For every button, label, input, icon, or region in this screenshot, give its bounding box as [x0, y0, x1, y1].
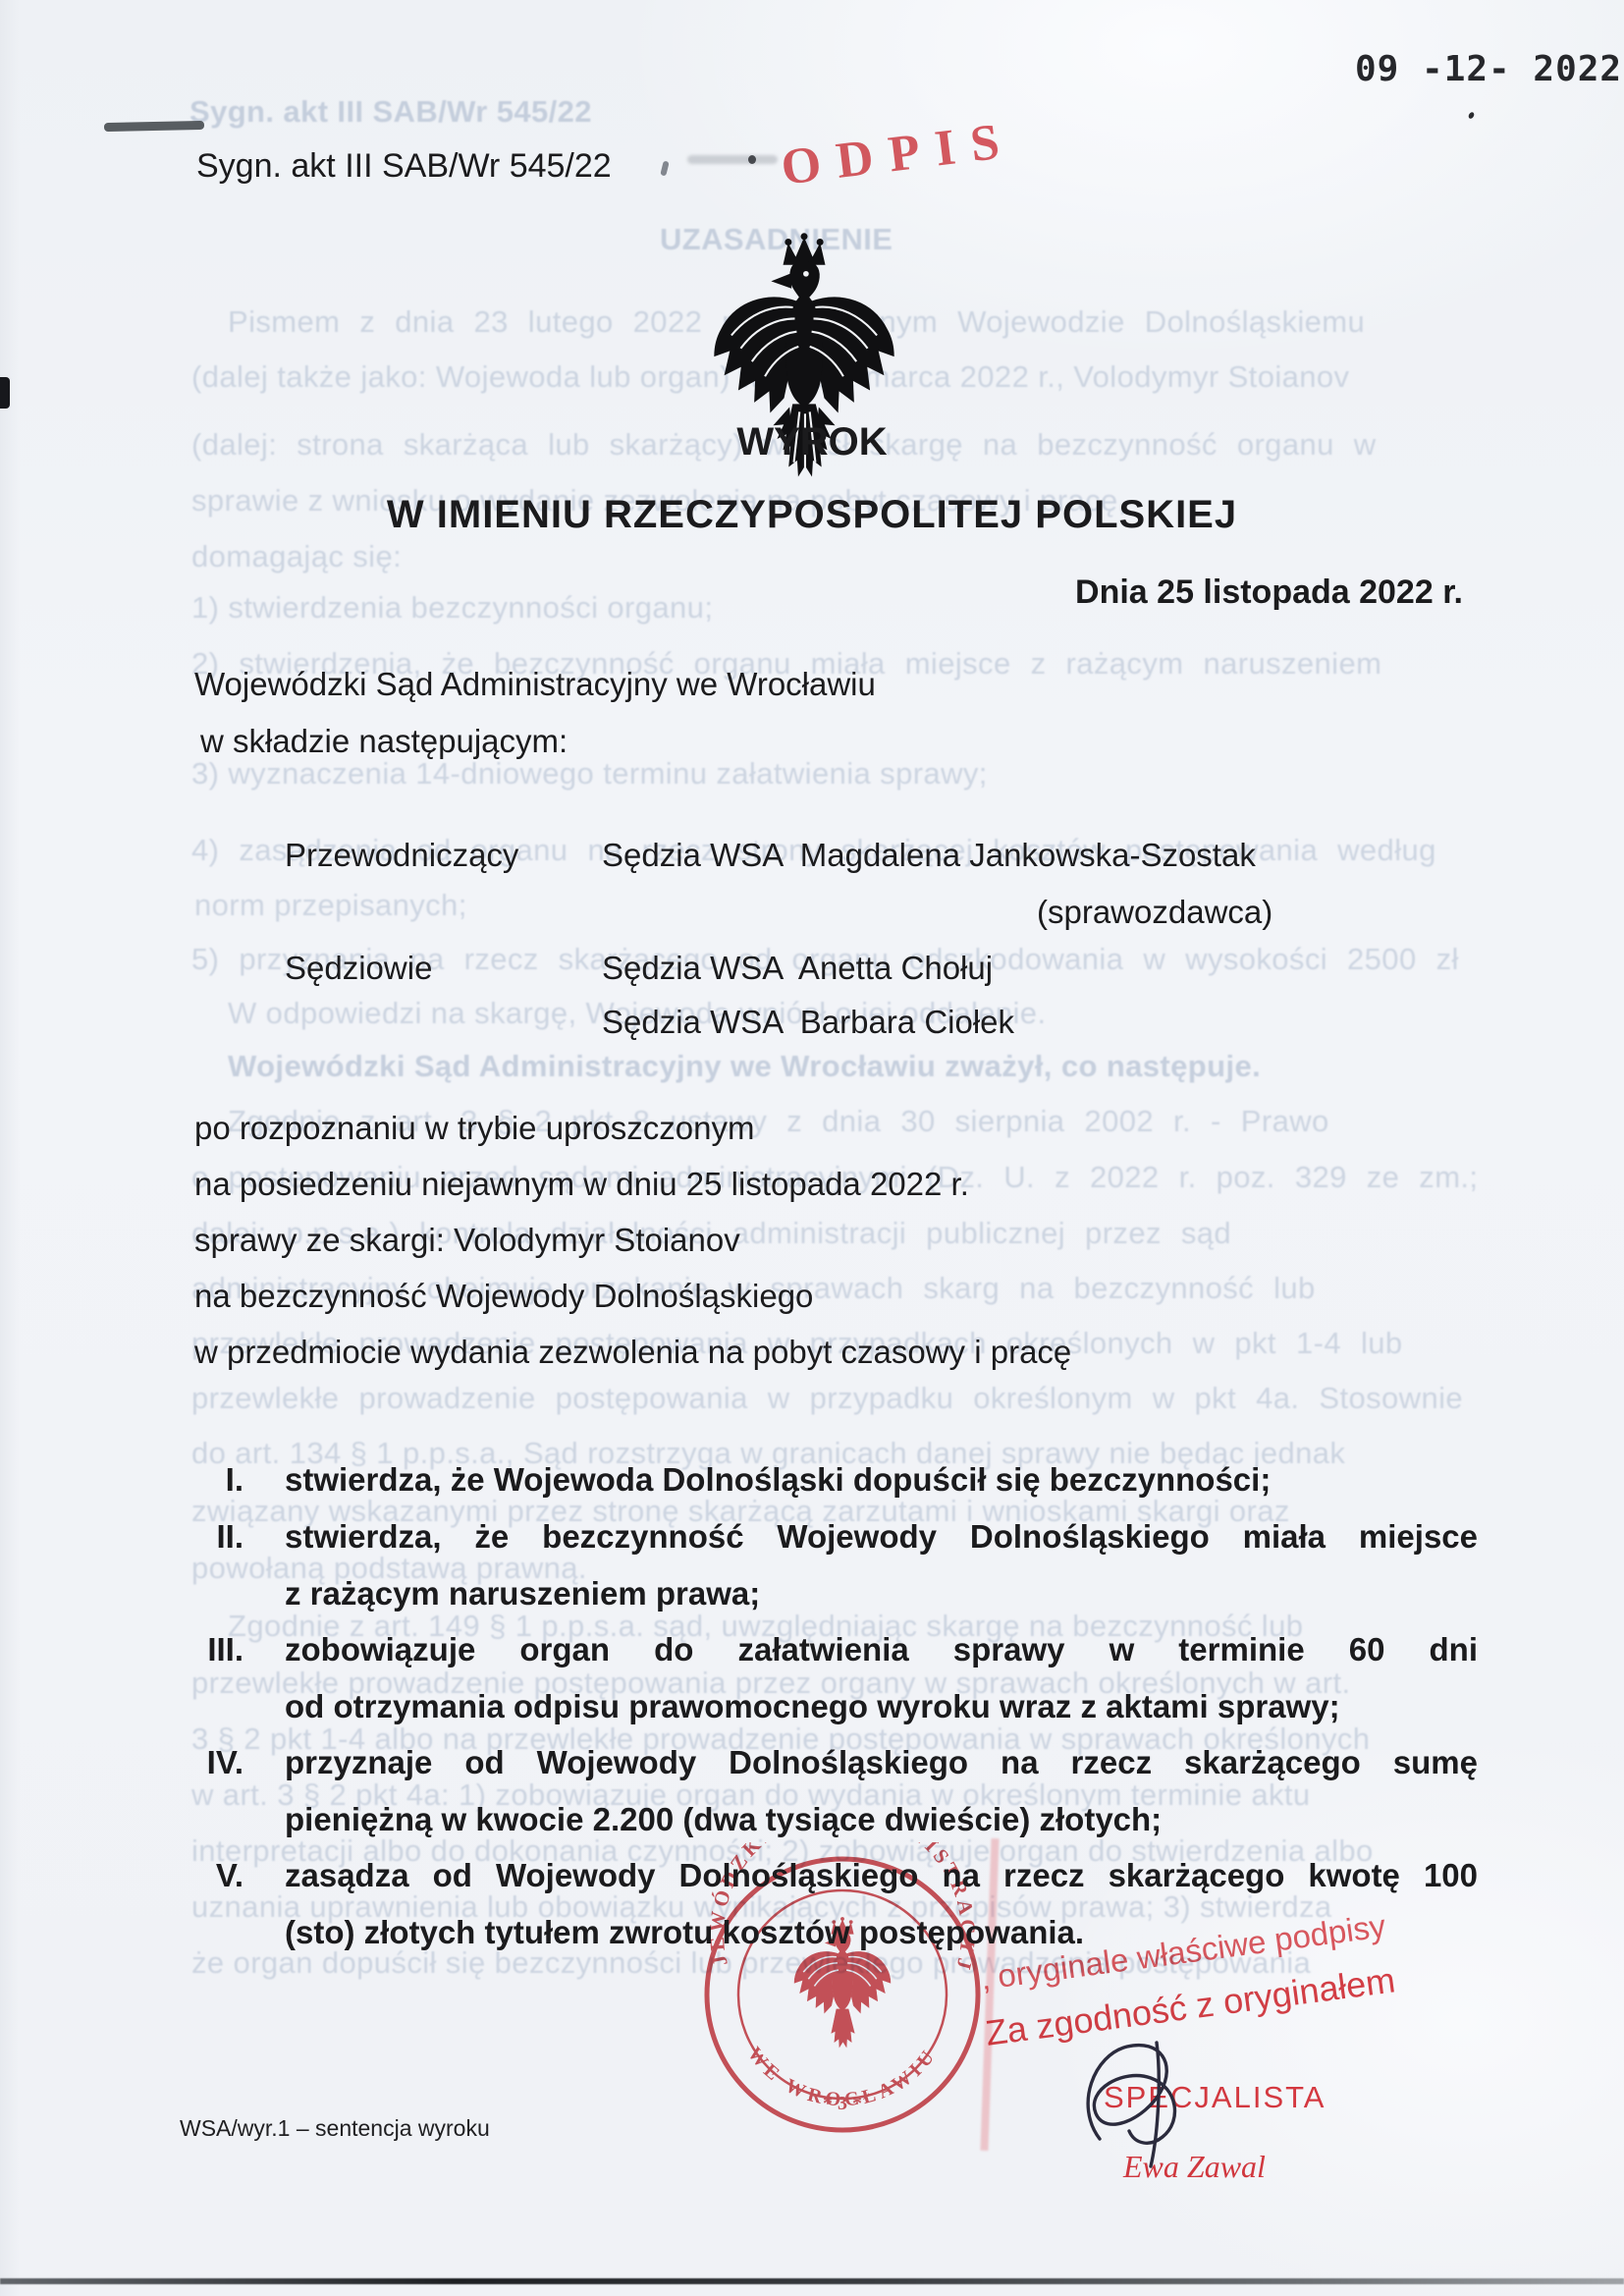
case-line: na posiedzeniu niejawnym w dniu 25 listo…	[194, 1166, 969, 1203]
document-page: Sygn. akt III SAB/Wr 545/22 UZASADNIENIE…	[0, 0, 1624, 2296]
seal-ring-mark: * 3 *	[823, 2093, 862, 2114]
ruling-line: (sto) złotych tytułem zwrotu kosztów pos…	[285, 1904, 1478, 1961]
presiding-label: Przewodniczący	[285, 837, 518, 874]
presiding-judge: Sędzia WSA Magdalena Jankowska-Szostak	[602, 837, 1256, 874]
ghost-line: 1) stwierdzenia bezczynności organu;	[191, 590, 713, 626]
ruling-line: zobowiązuje organ do załatwienia sprawy …	[285, 1621, 1478, 1678]
case-line: sprawy ze skargi: Volodymyr Stoianov	[194, 1222, 740, 1259]
ruling-numeral: V.	[189, 1847, 244, 1904]
footer-note: WSA/wyr.1 – sentencja wyroku	[180, 2115, 490, 2142]
ruling-item-4: IV. przyznaje od Wojewody Dolnośląskiego…	[189, 1734, 1478, 1847]
staple-mark	[104, 121, 204, 132]
judges-label: Sędziowie	[285, 950, 432, 987]
judgment-title: WYROK	[0, 420, 1624, 465]
ruling-line: stwierdza, że bezczynność Wojewody Dolno…	[285, 1508, 1478, 1565]
ruling-numeral: II.	[189, 1508, 244, 1565]
received-date-stamp: 09 -12- 2022	[1355, 49, 1622, 89]
ruling-item-5: V. zasądza od Wojewody Dolnośląskiego na…	[189, 1847, 1478, 1960]
pen-mark	[660, 160, 669, 176]
case-number: Sygn. akt III SAB/Wr 545/22	[196, 147, 612, 186]
ruling-line: od otrzymania odpisu prawomocnego wyroku…	[285, 1678, 1478, 1735]
eagle-beak	[773, 274, 791, 288]
ghost-line: domagając się:	[191, 539, 402, 574]
polish-eagle-emblem	[711, 232, 897, 514]
ghost-line: przewlekłe prowadzenie postępowania w pr…	[191, 1381, 1463, 1416]
ruling-numeral: IV.	[189, 1734, 244, 1791]
ghost-line: Sygn. akt III SAB/Wr 545/22	[189, 94, 592, 130]
scan-edge-line	[0, 2278, 1624, 2284]
ruling-numeral: III.	[189, 1621, 244, 1678]
ruling-line: stwierdza, że Wojewoda Dolnośląski dopuś…	[285, 1451, 1478, 1508]
judge-name: Sędzia WSA Barbara Ciołek	[602, 1004, 1014, 1041]
composition-intro: w składzie następującym:	[200, 723, 568, 760]
ruling-line: zasądza od Wojewody Dolnośląskiego na rz…	[285, 1847, 1478, 1904]
reporter-note: (sprawozdawca)	[1037, 894, 1272, 931]
ruling-numeral: I.	[189, 1451, 244, 1508]
signature-ink	[1066, 2021, 1223, 2173]
ink-dot	[1468, 111, 1476, 120]
ghost-line: 3) wyznaczenia 14-dniowego terminu załat…	[191, 756, 988, 792]
eagle-eye	[803, 271, 809, 277]
ink-dot	[748, 155, 756, 164]
scan-edge-mark	[0, 377, 10, 409]
ruling-item-3: III. zobowiązuje organ do załatwienia sp…	[189, 1621, 1478, 1734]
ruling-item-2: II. stwierdza, że bezczynność Wojewody D…	[189, 1508, 1478, 1621]
judgment-subtitle: W IMIENIU RZECZYPOSPOLITEJ POLSKIEJ	[0, 493, 1624, 537]
odpis-stamp: ODPIS	[778, 111, 1017, 197]
ghost-line: Wojewódzki Sąd Administracyjny we Wrocła…	[228, 1049, 1261, 1084]
judgment-date: Dnia 25 listopada 2022 r.	[1075, 574, 1463, 612]
ghost-line: norm przepisanych;	[194, 888, 467, 923]
case-line: w przedmiocie wydania zezwolenia na poby…	[194, 1334, 1071, 1371]
court-name: Wojewódzki Sąd Administracyjny we Wrocła…	[194, 666, 876, 703]
case-line: na bezczynność Wojewody Dolnośląskiego	[194, 1278, 813, 1315]
eagle-head	[790, 261, 820, 299]
ruling-item-1: I. stwierdza, że Wojewoda Dolnośląski do…	[189, 1451, 1478, 1508]
judge-name: Sędzia WSA Anetta Chołuj	[602, 950, 993, 987]
ruling-line: z rażącym naruszeniem prawa;	[285, 1565, 1478, 1622]
ruling-line: przyznaje od Wojewody Dolnośląskiego na …	[285, 1734, 1478, 1791]
ruling-line: pieniężną w kwocie 2.200 (dwa tysiące dw…	[285, 1791, 1478, 1848]
smudge-mark	[687, 155, 778, 164]
case-line: po rozpoznaniu w trybie uproszczonym	[194, 1110, 754, 1147]
